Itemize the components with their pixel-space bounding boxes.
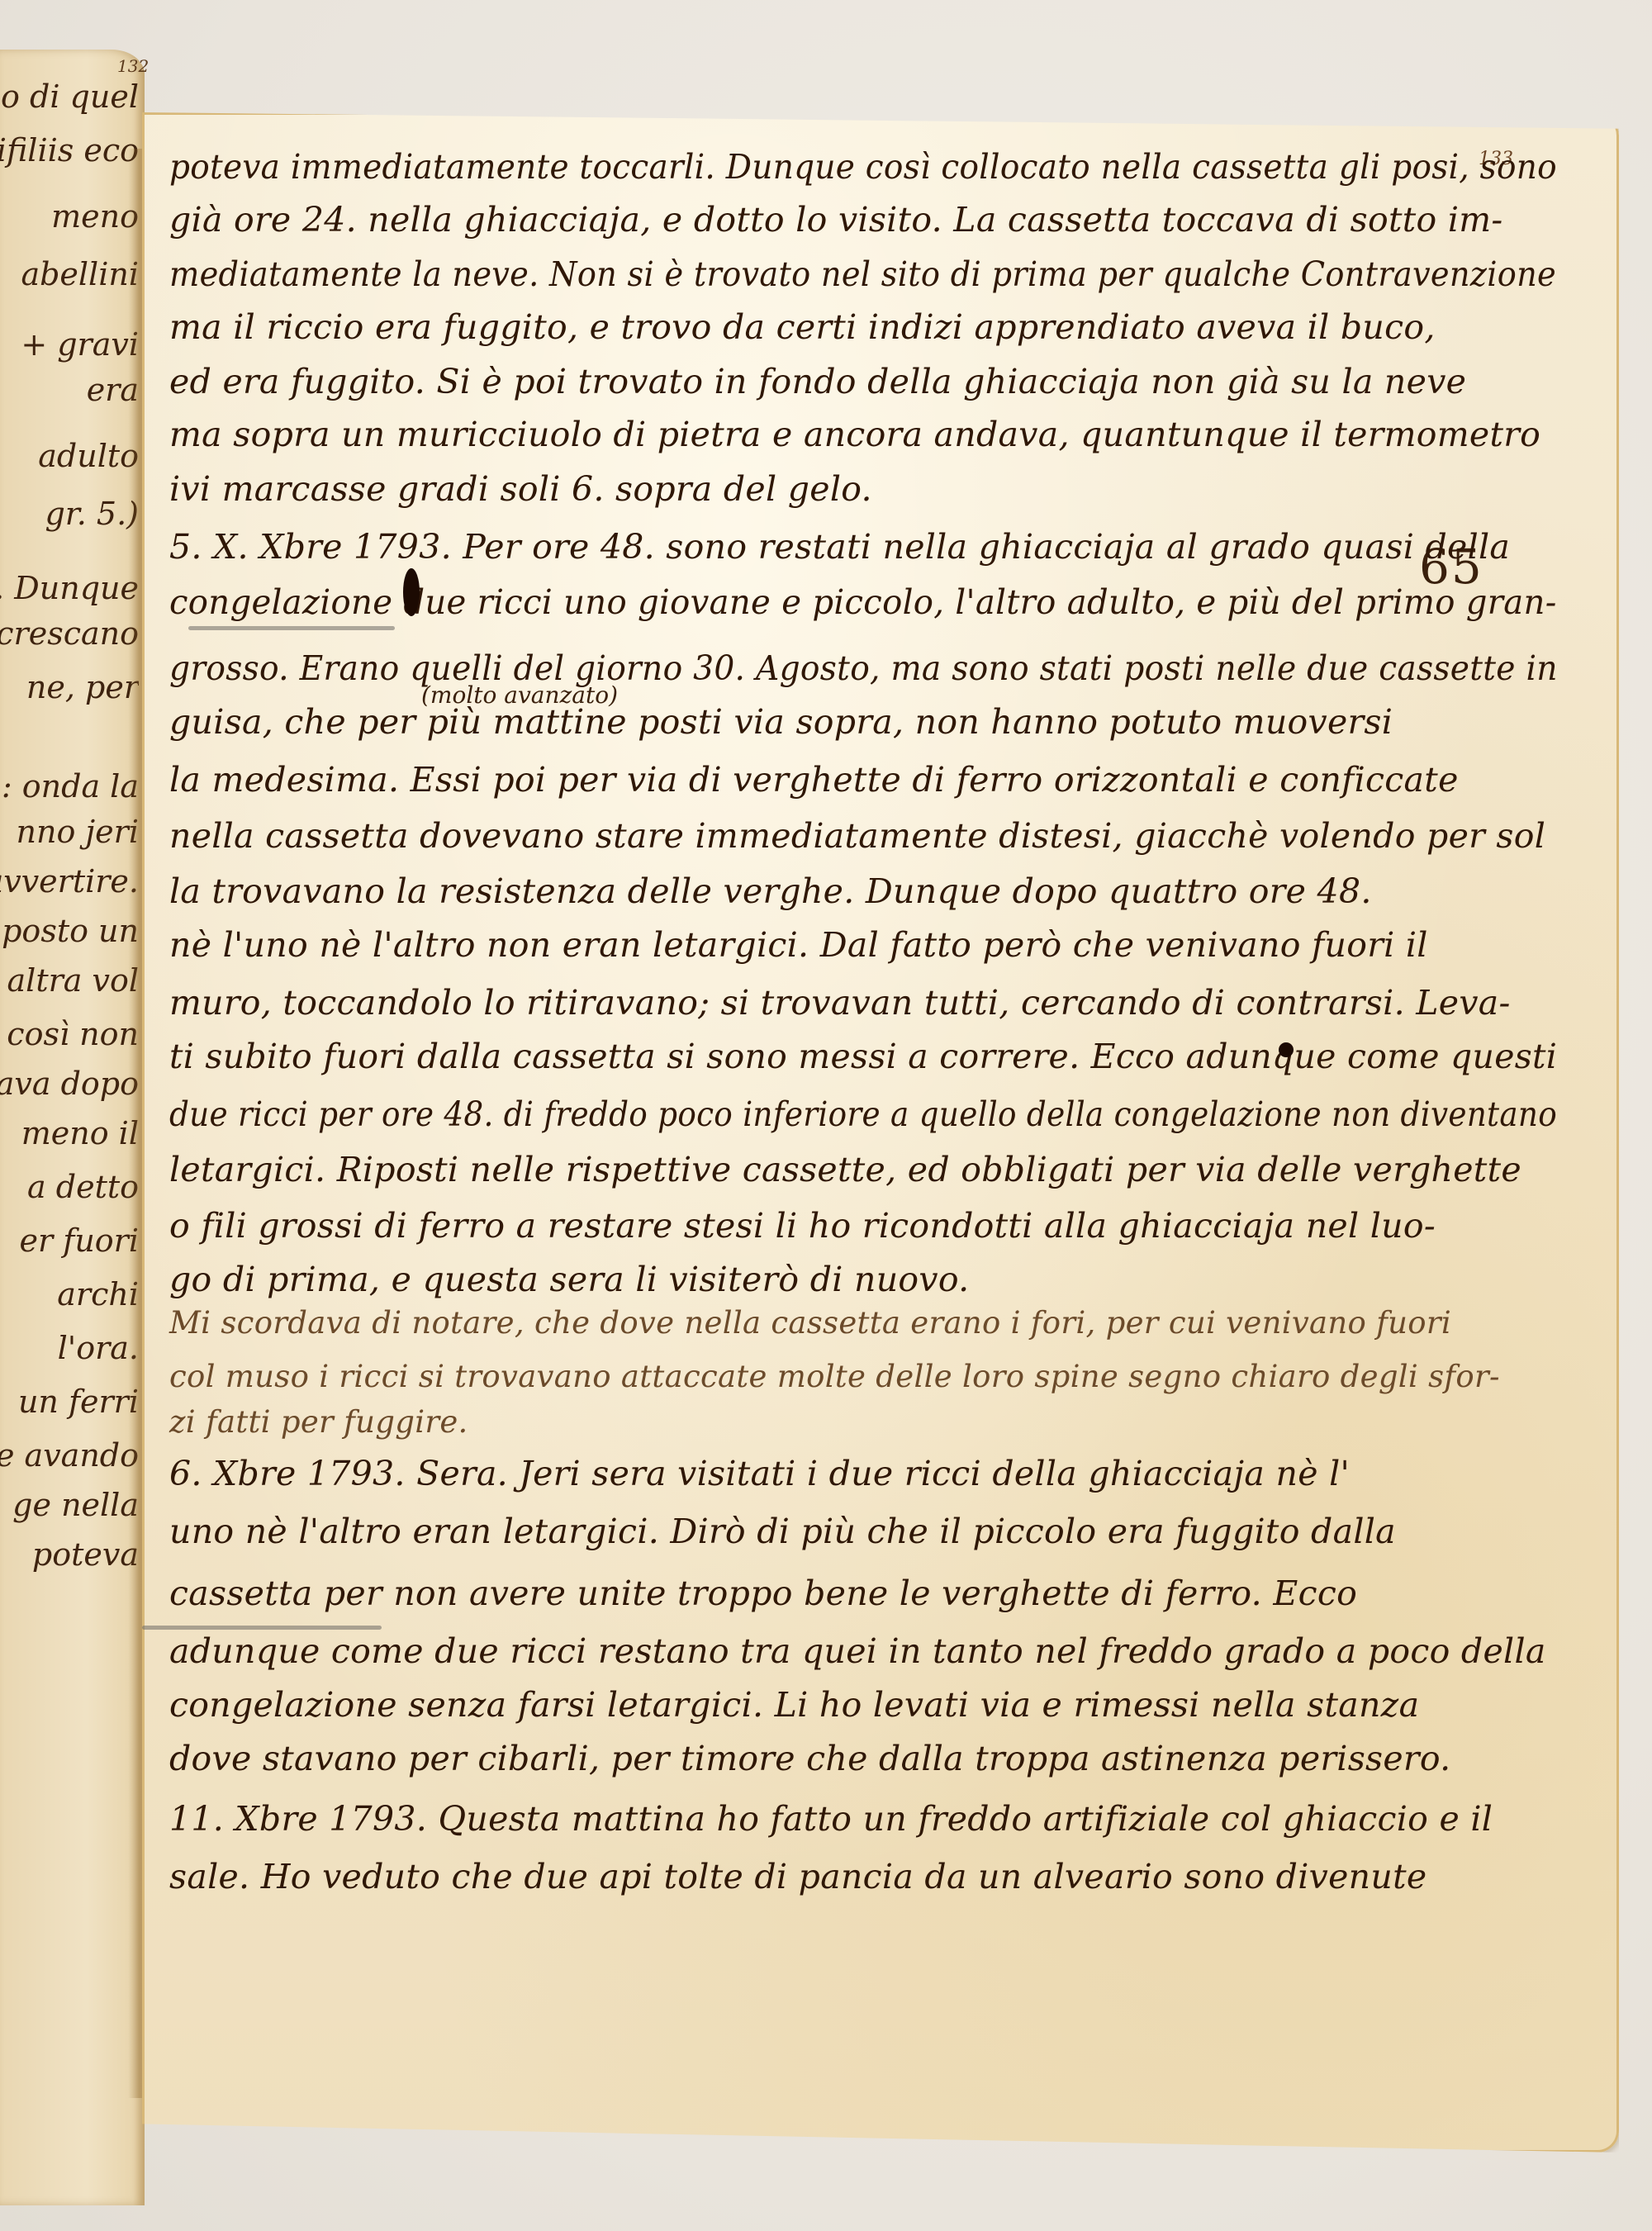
verso-line-fragment: poteva xyxy=(0,1536,139,1573)
manuscript-line: ed era fuggito. Si è poi trovato in fond… xyxy=(169,362,1466,401)
manuscript-line: 11. Xbre 1793. Questa mattina ho fatto u… xyxy=(169,1799,1493,1839)
verso-line-fragment: ava dopo xyxy=(0,1066,139,1102)
verso-line-fragment: l altra vol xyxy=(0,962,139,999)
manuscript-line: uno nè l'altro eran letargici. Dirò di p… xyxy=(169,1512,1396,1551)
verso-line-fragment: l'ora. xyxy=(0,1330,139,1366)
ink-blot xyxy=(1279,1042,1294,1057)
manuscript-line: cassetta per non avere unite troppo bene… xyxy=(169,1574,1357,1613)
manuscript-line: 6. Xbre 1793. Sera. Jeri sera visitati i… xyxy=(169,1454,1350,1493)
verso-line-fragment: : onda la xyxy=(0,768,139,805)
manuscript-line: muro, toccandolo lo ritiravano; si trova… xyxy=(169,983,1511,1023)
manuscript-line: la medesima. Essi poi per via di verghet… xyxy=(169,760,1459,800)
manuscript-line: congelazione due ricci uno giovane e pic… xyxy=(169,582,1557,622)
verso-line-fragment: a detto xyxy=(0,1169,139,1205)
verso-line-fragment: meno il xyxy=(0,1115,139,1151)
verso-line-fragment: archi xyxy=(0,1276,139,1312)
verso-line-fragment: ielo di quel xyxy=(0,78,139,115)
verso-line-fragment: l. Dunque xyxy=(0,570,139,606)
manuscript-line: già ore 24. nella ghiacciaja, e dotto lo… xyxy=(169,200,1503,240)
manuscript-line: adunque come due ricci restano tra quei … xyxy=(169,1631,1546,1671)
manuscript-line: 5. X. Xbre 1793. Per ore 48. sono restat… xyxy=(169,527,1510,567)
pencil-underline xyxy=(142,1626,382,1630)
verso-line-fragment: crescano xyxy=(0,615,139,652)
verso-line-fragment: ge nella xyxy=(0,1487,139,1523)
manuscript-line: ma il riccio era fuggito, e trovo da cer… xyxy=(169,307,1436,347)
manuscript-line: letargici. Riposti nelle rispettive cass… xyxy=(169,1150,1521,1189)
manuscript-line: o fili grossi di ferro a restare stesi l… xyxy=(169,1206,1436,1246)
verso-page-number: 132 xyxy=(117,56,149,76)
verso-line-fragment: gr. 5.) xyxy=(0,496,139,532)
manuscript-line: la trovavano la resistenza delle verghe.… xyxy=(169,871,1372,911)
manuscript-line: congelazione senza farsi letargici. Li h… xyxy=(169,1685,1419,1725)
manuscript-line: sale. Ho veduto che due api tolte di pan… xyxy=(169,1857,1427,1896)
verso-line-fragment: abellini xyxy=(0,256,139,292)
manuscript-line: dove stavano per cibarli, per timore che… xyxy=(169,1739,1450,1778)
manuscript-line: col muso i ricci si trovavano attaccate … xyxy=(169,1359,1500,1394)
manuscript-line: due ricci per ore 48. di freddo poco inf… xyxy=(169,1094,1557,1134)
verso-line-fragment: e avando xyxy=(0,1437,139,1474)
manuscript-line: nè l'uno nè l'altro non eran letargici. … xyxy=(169,925,1428,965)
verso-line-fragment: meno xyxy=(0,198,139,235)
verso-line-fragment: nno jeri xyxy=(0,814,139,850)
manuscript-line: grosso. Erano quelli del giorno 30. Agos… xyxy=(169,648,1558,688)
interlinear-note: (molto avanzato) xyxy=(421,681,618,709)
verso-line-fragment: ne, per xyxy=(0,669,139,705)
manuscript-line: mediatamente la neve. Non si è trovato n… xyxy=(169,254,1556,294)
manuscript-line: ti subito fuori dalla cassetta si sono m… xyxy=(169,1037,1557,1076)
verso-line-fragment: posto un xyxy=(0,913,139,949)
verso-line-fragment: er fuori xyxy=(0,1222,139,1259)
verso-line-fragment: avvertire. xyxy=(0,863,139,900)
pencil-underline xyxy=(188,626,395,630)
manuscript-line: guisa, che per più mattine posti via sop… xyxy=(169,702,1393,742)
verso-line-fragment: così non xyxy=(0,1016,139,1052)
manuscript-line: go di prima, e questa sera li visiterò d… xyxy=(169,1260,969,1299)
manuscript-line: zi fatti per fuggire. xyxy=(169,1404,468,1440)
verso-line-fragment: adulto xyxy=(0,438,139,474)
manuscript-line: Mi scordava di notare, che dove nella ca… xyxy=(169,1305,1451,1341)
manuscript-line: ivi marcasse gradi soli 6. sopra del gel… xyxy=(169,469,872,509)
verso-line-fragment: un ferri xyxy=(0,1384,139,1420)
verso-line-fragment: era xyxy=(0,372,139,408)
verso-line-fragment: + gravi xyxy=(0,326,139,363)
verso-line-fragment: trifiliis eco xyxy=(0,132,139,169)
manuscript-line: nella cassetta dovevano stare immediatam… xyxy=(169,816,1545,856)
manuscript-line: ma sopra un muricciuolo di pietra e anco… xyxy=(169,415,1540,454)
ink-blot xyxy=(403,568,420,616)
manuscript-line: poteva immediatamente toccarli. Dunque c… xyxy=(169,147,1557,187)
